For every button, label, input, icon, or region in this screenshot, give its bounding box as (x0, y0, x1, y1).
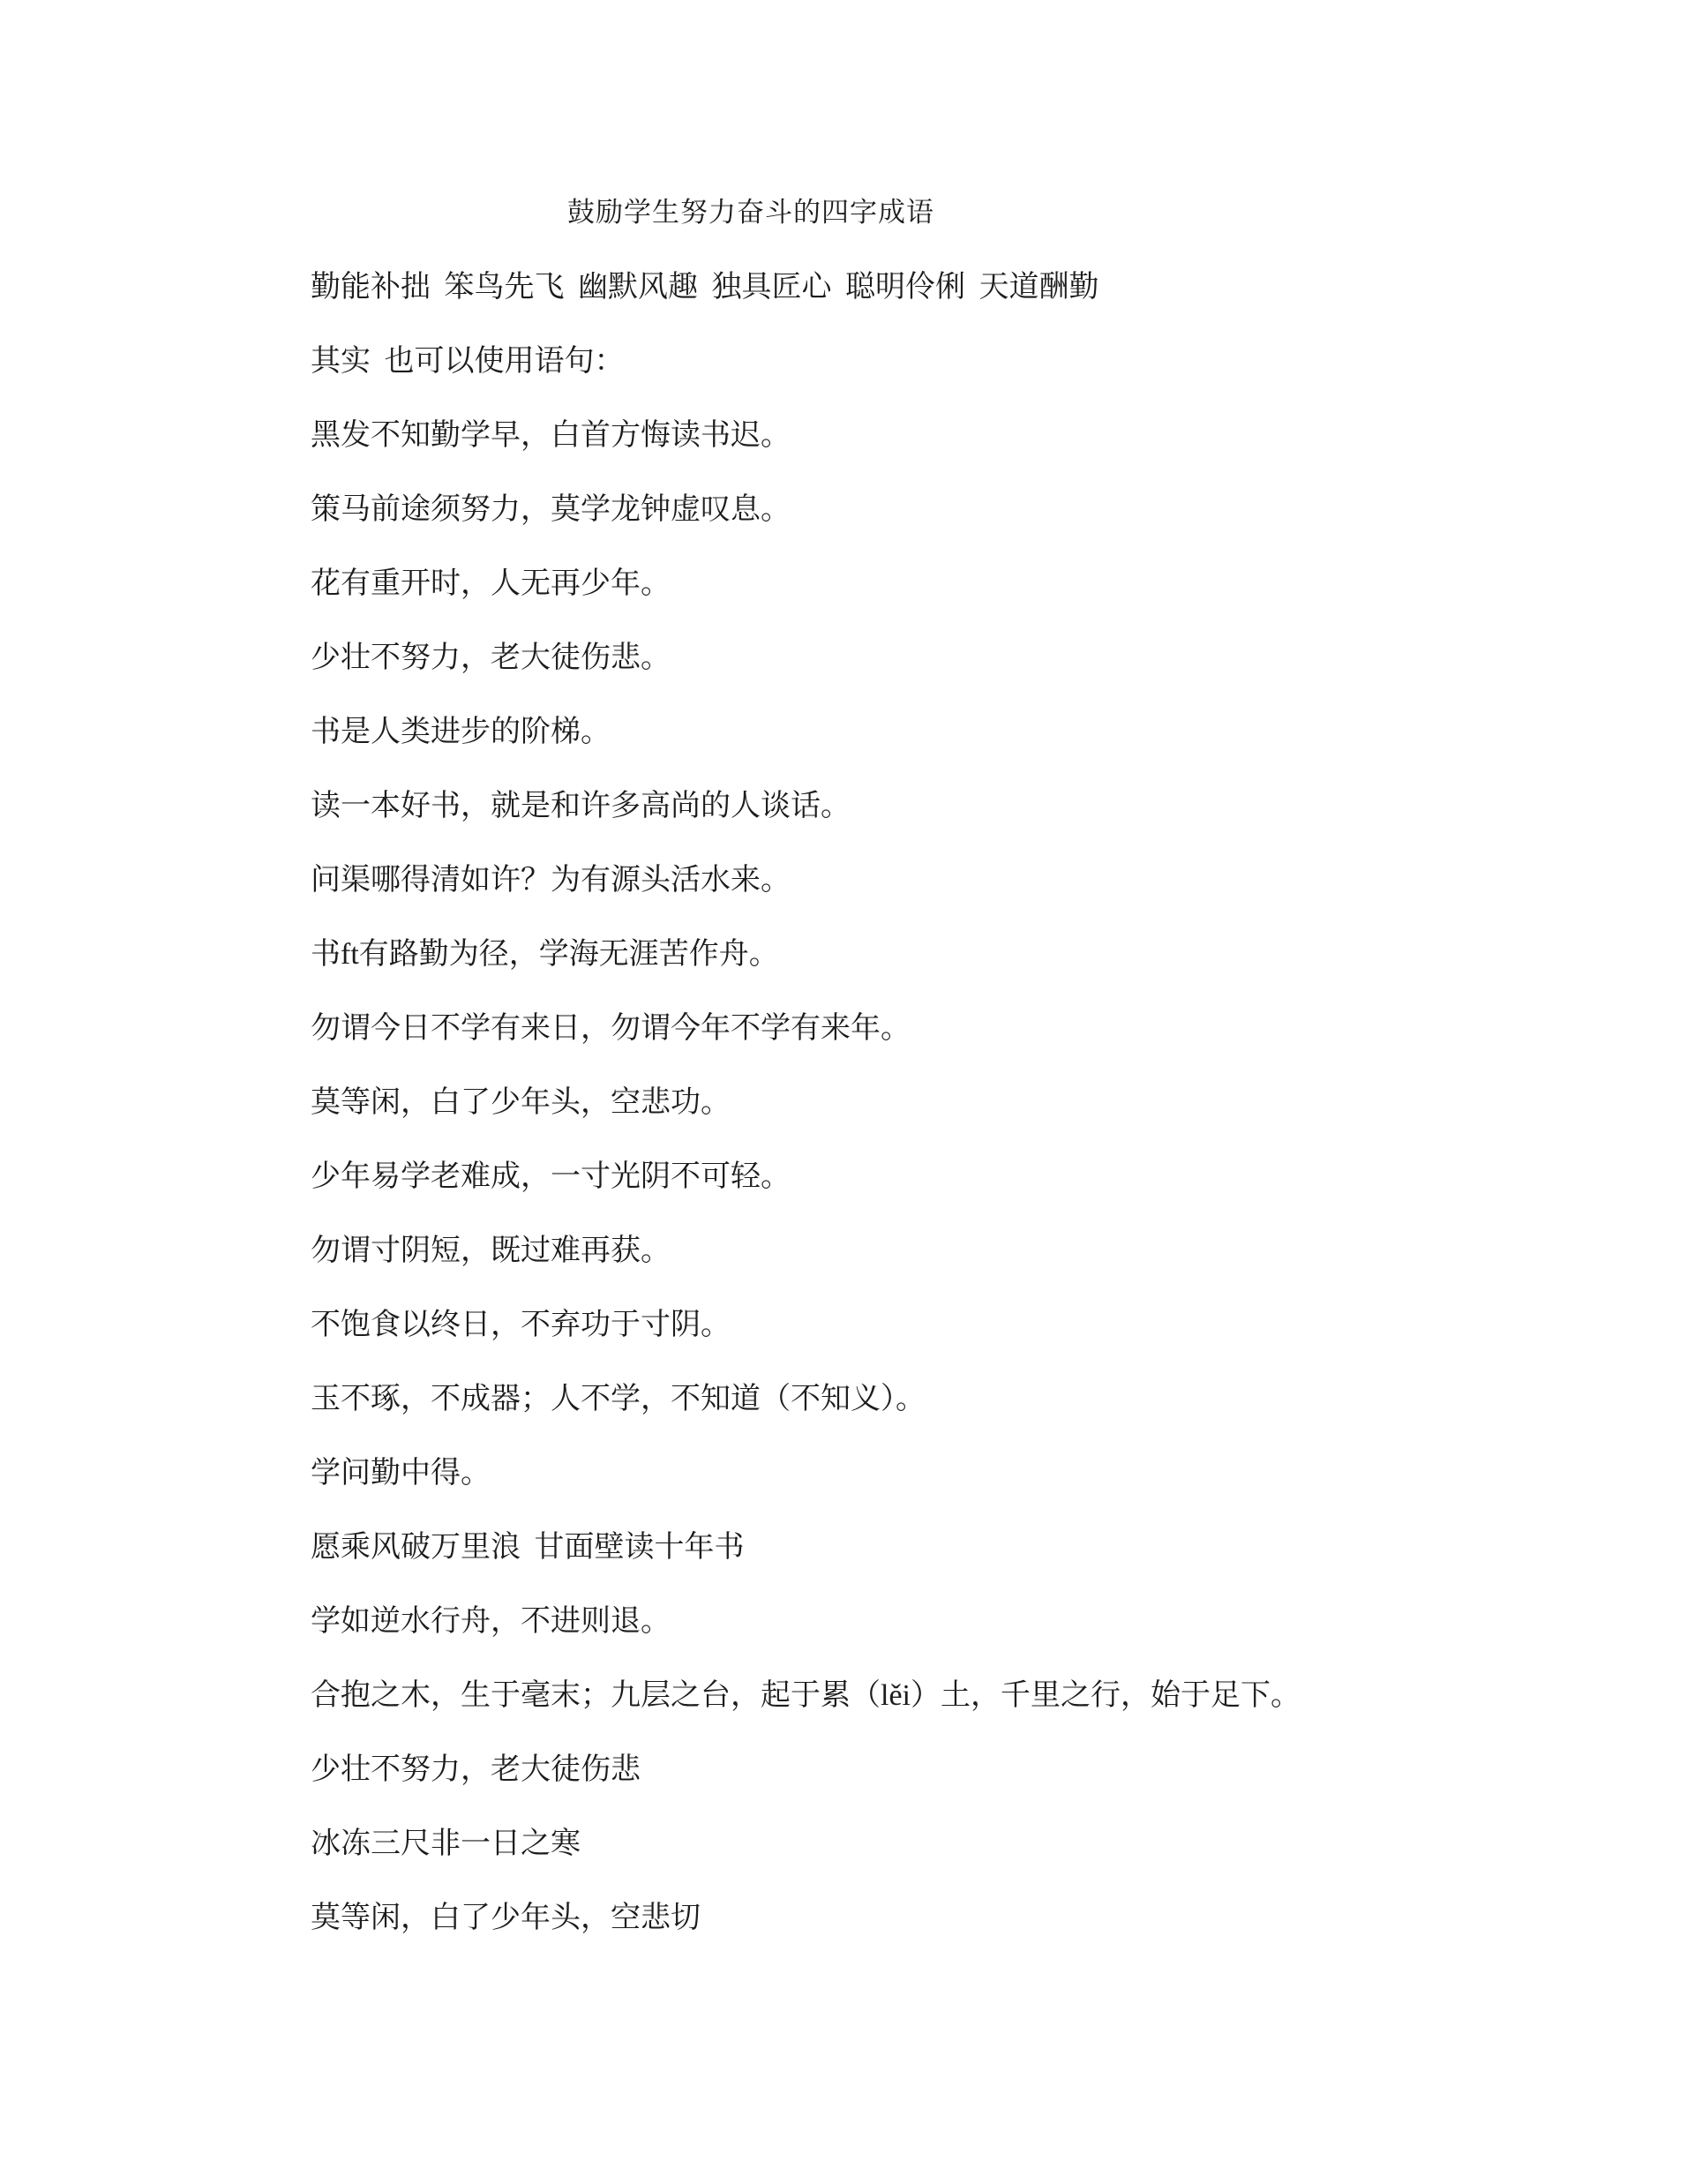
text-line-row: 冰冻三尺非一日之寒 (0, 1803, 1687, 1877)
text-line: 少年易学老难成，一寸光阴不可轻。 (311, 1152, 791, 1195)
text-line: 问渠哪得清如许？为有源头活水来。 (311, 855, 791, 898)
text-line-row: 策马前途须努力，莫学龙钟虚叹息。 (0, 469, 1687, 543)
text-line: 勤能补拙 笨鸟先飞 幽默风趣 独具匠心 聪明伶俐 天道酬勤 (311, 262, 1099, 305)
text-line: 莫等闲，白了少年头，空悲功。 (311, 1077, 731, 1121)
text-line-row: 学如逆水行舟，不进则退。 (0, 1580, 1687, 1655)
document-page: 鼓励学生努力奋斗的四字成语 勤能补拙 笨鸟先飞 幽默风趣 独具匠心 聪明伶俐 天… (0, 0, 1687, 2184)
text-line: 少壮不努力，老大徒伤悲 (311, 1745, 641, 1788)
text-line-row: 学问勤中得。 (0, 1432, 1687, 1506)
text-line: 合抱之木，生于毫末；九层之台，起于累（lěi）土，千里之行，始于足下。 (311, 1670, 1301, 1714)
text-line: 读一本好书，就是和许多高尚的人谈话。 (311, 781, 851, 824)
text-line: 冰冻三尺非一日之寒 (311, 1819, 581, 1862)
text-line-row: 问渠哪得清如许？为有源头活水来。 (0, 839, 1687, 913)
text-line: 不饱食以终日，不弃功于寸阴。 (311, 1300, 731, 1343)
text-line: 策马前途须努力，莫学龙钟虚叹息。 (311, 484, 791, 528)
title-row: 鼓励学生努力奋斗的四字成语 (0, 172, 1687, 246)
text-line: 勿谓寸阴短，既过难再获。 (311, 1226, 671, 1269)
text-line: 书是人类进步的阶梯。 (311, 707, 611, 750)
text-line: 学问勤中得。 (311, 1448, 491, 1491)
text-line: 花有重开时，人无再少年。 (311, 559, 671, 602)
text-line-row: 少壮不努力，老大徒伤悲。 (0, 617, 1687, 691)
document-title: 鼓励学生努力奋斗的四字成语 (567, 190, 934, 229)
text-line-row: 勿谓寸阴短，既过难再获。 (0, 1210, 1687, 1284)
text-line-row: 莫等闲，白了少年头，空悲切 (0, 1877, 1687, 1951)
text-line: 书ft有路勤为径，学海无涯苦作舟。 (311, 929, 779, 972)
text-line: 愿乘风破万里浪 甘面壁读十年书 (311, 1522, 745, 1565)
text-line: 勿谓今日不学有来日，勿谓今年不学有来年。 (311, 1003, 911, 1047)
text-line-row: 勤能补拙 笨鸟先飞 幽默风趣 独具匠心 聪明伶俐 天道酬勤 (0, 246, 1687, 320)
text-line-row: 书ft有路勤为径，学海无涯苦作舟。 (0, 913, 1687, 987)
text-line-row: 书是人类进步的阶梯。 (0, 691, 1687, 765)
document-body: 勤能补拙 笨鸟先飞 幽默风趣 独具匠心 聪明伶俐 天道酬勤其实 也可以使用语句：… (0, 246, 1687, 1951)
text-line: 莫等闲，白了少年头，空悲切 (311, 1893, 701, 1936)
text-line: 其实 也可以使用语句： (311, 336, 625, 379)
text-line: 黑发不知勤学早，白首方悔读书迟。 (311, 410, 791, 454)
text-line: 玉不琢，不成器；人不学，不知道（不知义）。 (311, 1374, 926, 1417)
text-line-row: 愿乘风破万里浪 甘面壁读十年书 (0, 1506, 1687, 1580)
text-line-row: 花有重开时，人无再少年。 (0, 543, 1687, 617)
text-line-row: 其实 也可以使用语句： (0, 320, 1687, 394)
text-line-row: 玉不琢，不成器；人不学，不知道（不知义）。 (0, 1358, 1687, 1432)
text-line-row: 读一本好书，就是和许多高尚的人谈话。 (0, 765, 1687, 839)
text-line-row: 勿谓今日不学有来日，勿谓今年不学有来年。 (0, 987, 1687, 1062)
text-line-row: 莫等闲，白了少年头，空悲功。 (0, 1062, 1687, 1136)
text-line-row: 少年易学老难成，一寸光阴不可轻。 (0, 1136, 1687, 1210)
text-line-row: 黑发不知勤学早，白首方悔读书迟。 (0, 394, 1687, 469)
text-line: 少壮不努力，老大徒伤悲。 (311, 633, 671, 676)
text-line-row: 少壮不努力，老大徒伤悲 (0, 1729, 1687, 1803)
text-line-row: 合抱之木，生于毫末；九层之台，起于累（lěi）土，千里之行，始于足下。 (0, 1655, 1687, 1729)
text-line: 学如逆水行舟，不进则退。 (311, 1596, 671, 1640)
text-line-row: 不饱食以终日，不弃功于寸阴。 (0, 1284, 1687, 1358)
